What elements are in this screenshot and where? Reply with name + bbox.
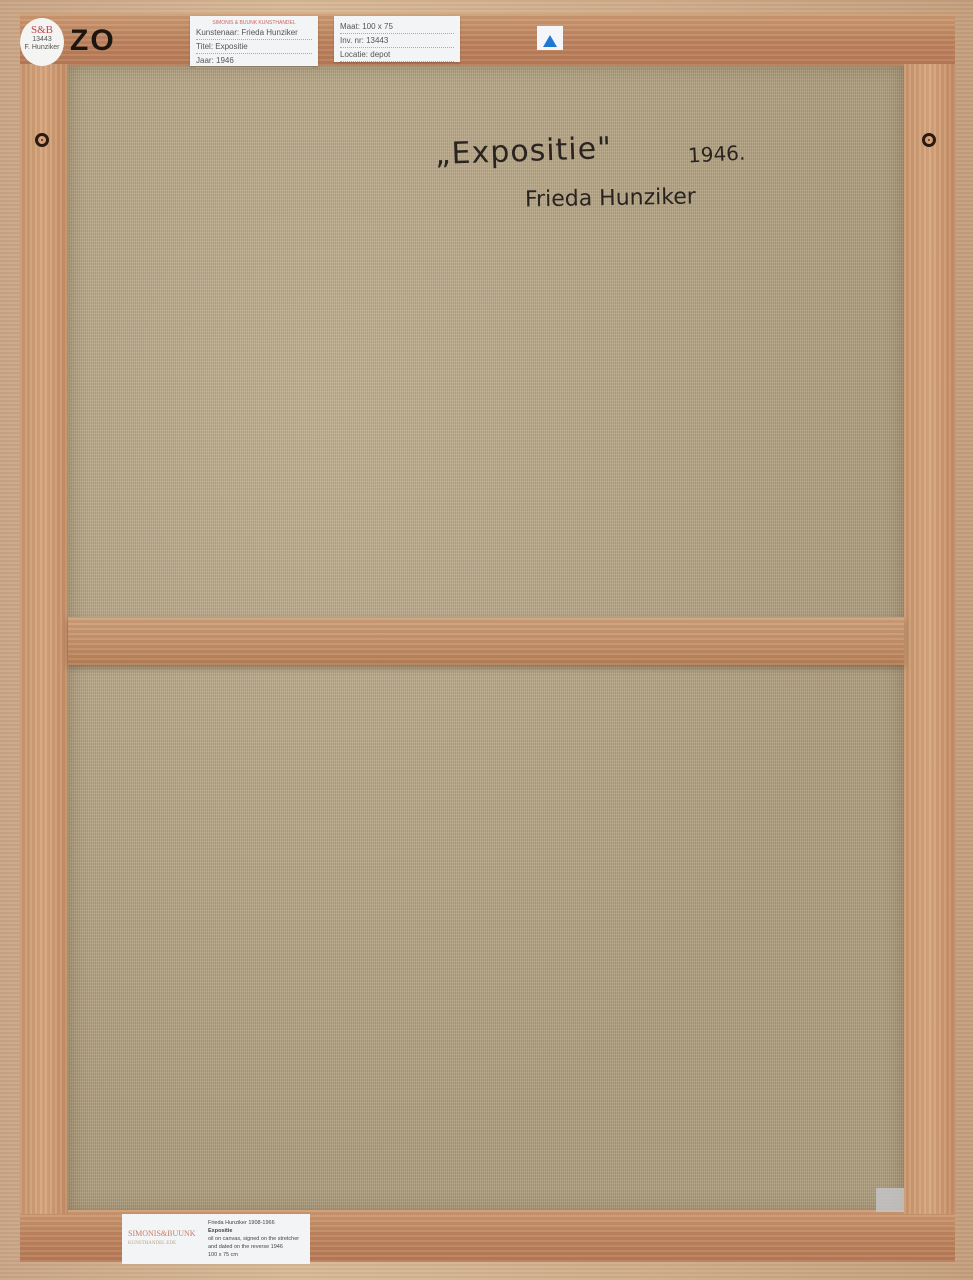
gallery-title: Expositie [208, 1227, 299, 1235]
sticker-number: 13443 [32, 36, 51, 43]
screw-eye-icon [35, 133, 49, 147]
number-marking: ZO [70, 24, 116, 58]
label-row: Maat: 100 x 75 [340, 20, 454, 34]
inscription-title: „Expositie" [434, 131, 612, 172]
sticker-logo: S&B [20, 24, 64, 36]
dimensions-label: Maat: 100 x 75 Inv. nr: 13443 Locatie: d… [334, 16, 460, 62]
stretcher-crossbar [68, 617, 904, 665]
gallery-brand-name: SIMONIS&BUUNK [128, 1229, 196, 1238]
screw-eye-icon [922, 133, 936, 147]
gallery-detail: and dated on the reverse 1946 [208, 1243, 299, 1251]
round-sticker: S&B 13443 F. Hunziker [20, 18, 64, 66]
sticker-name: F. Hunziker [24, 44, 59, 51]
gallery-artist: Frieda Hunziker 1908-1966 [208, 1219, 299, 1227]
stretcher-bar-left [20, 64, 68, 1214]
blue-triangle-tag-icon [537, 26, 563, 50]
inscription-year: 1946. [687, 141, 745, 168]
label-row: Locatie: depot [340, 48, 454, 62]
gallery-brand-sub: KUNSTHANDEL EDE [128, 1239, 208, 1249]
corner-tape [876, 1188, 904, 1212]
inscription-artist: Frieda Hunziker [525, 185, 696, 213]
gallery-brand: SIMONIS&BUUNK KUNSTHANDEL EDE [128, 1229, 208, 1249]
stretcher-bar-right [904, 64, 956, 1214]
label-row: Jaar: 1946 [196, 54, 312, 68]
gallery-detail: 100 x 75 cm [208, 1251, 299, 1259]
label-row: Kunstenaar: Frieda Hunziker [196, 26, 312, 40]
gallery-label: SIMONIS&BUUNK KUNSTHANDEL EDE Frieda Hun… [122, 1214, 310, 1264]
label-row: Inv. nr: 13443 [340, 34, 454, 48]
gallery-detail: oil on canvas, signed on the stretcher [208, 1235, 299, 1243]
gallery-info: Frieda Hunziker 1908-1966 Expositie oil … [208, 1219, 299, 1259]
stretcher-bar-top [20, 14, 955, 66]
inventory-label: SIMONIS & BUUNK KUNSTHANDEL Kunstenaar: … [190, 16, 318, 66]
label-row: Titel: Expositie [196, 40, 312, 54]
